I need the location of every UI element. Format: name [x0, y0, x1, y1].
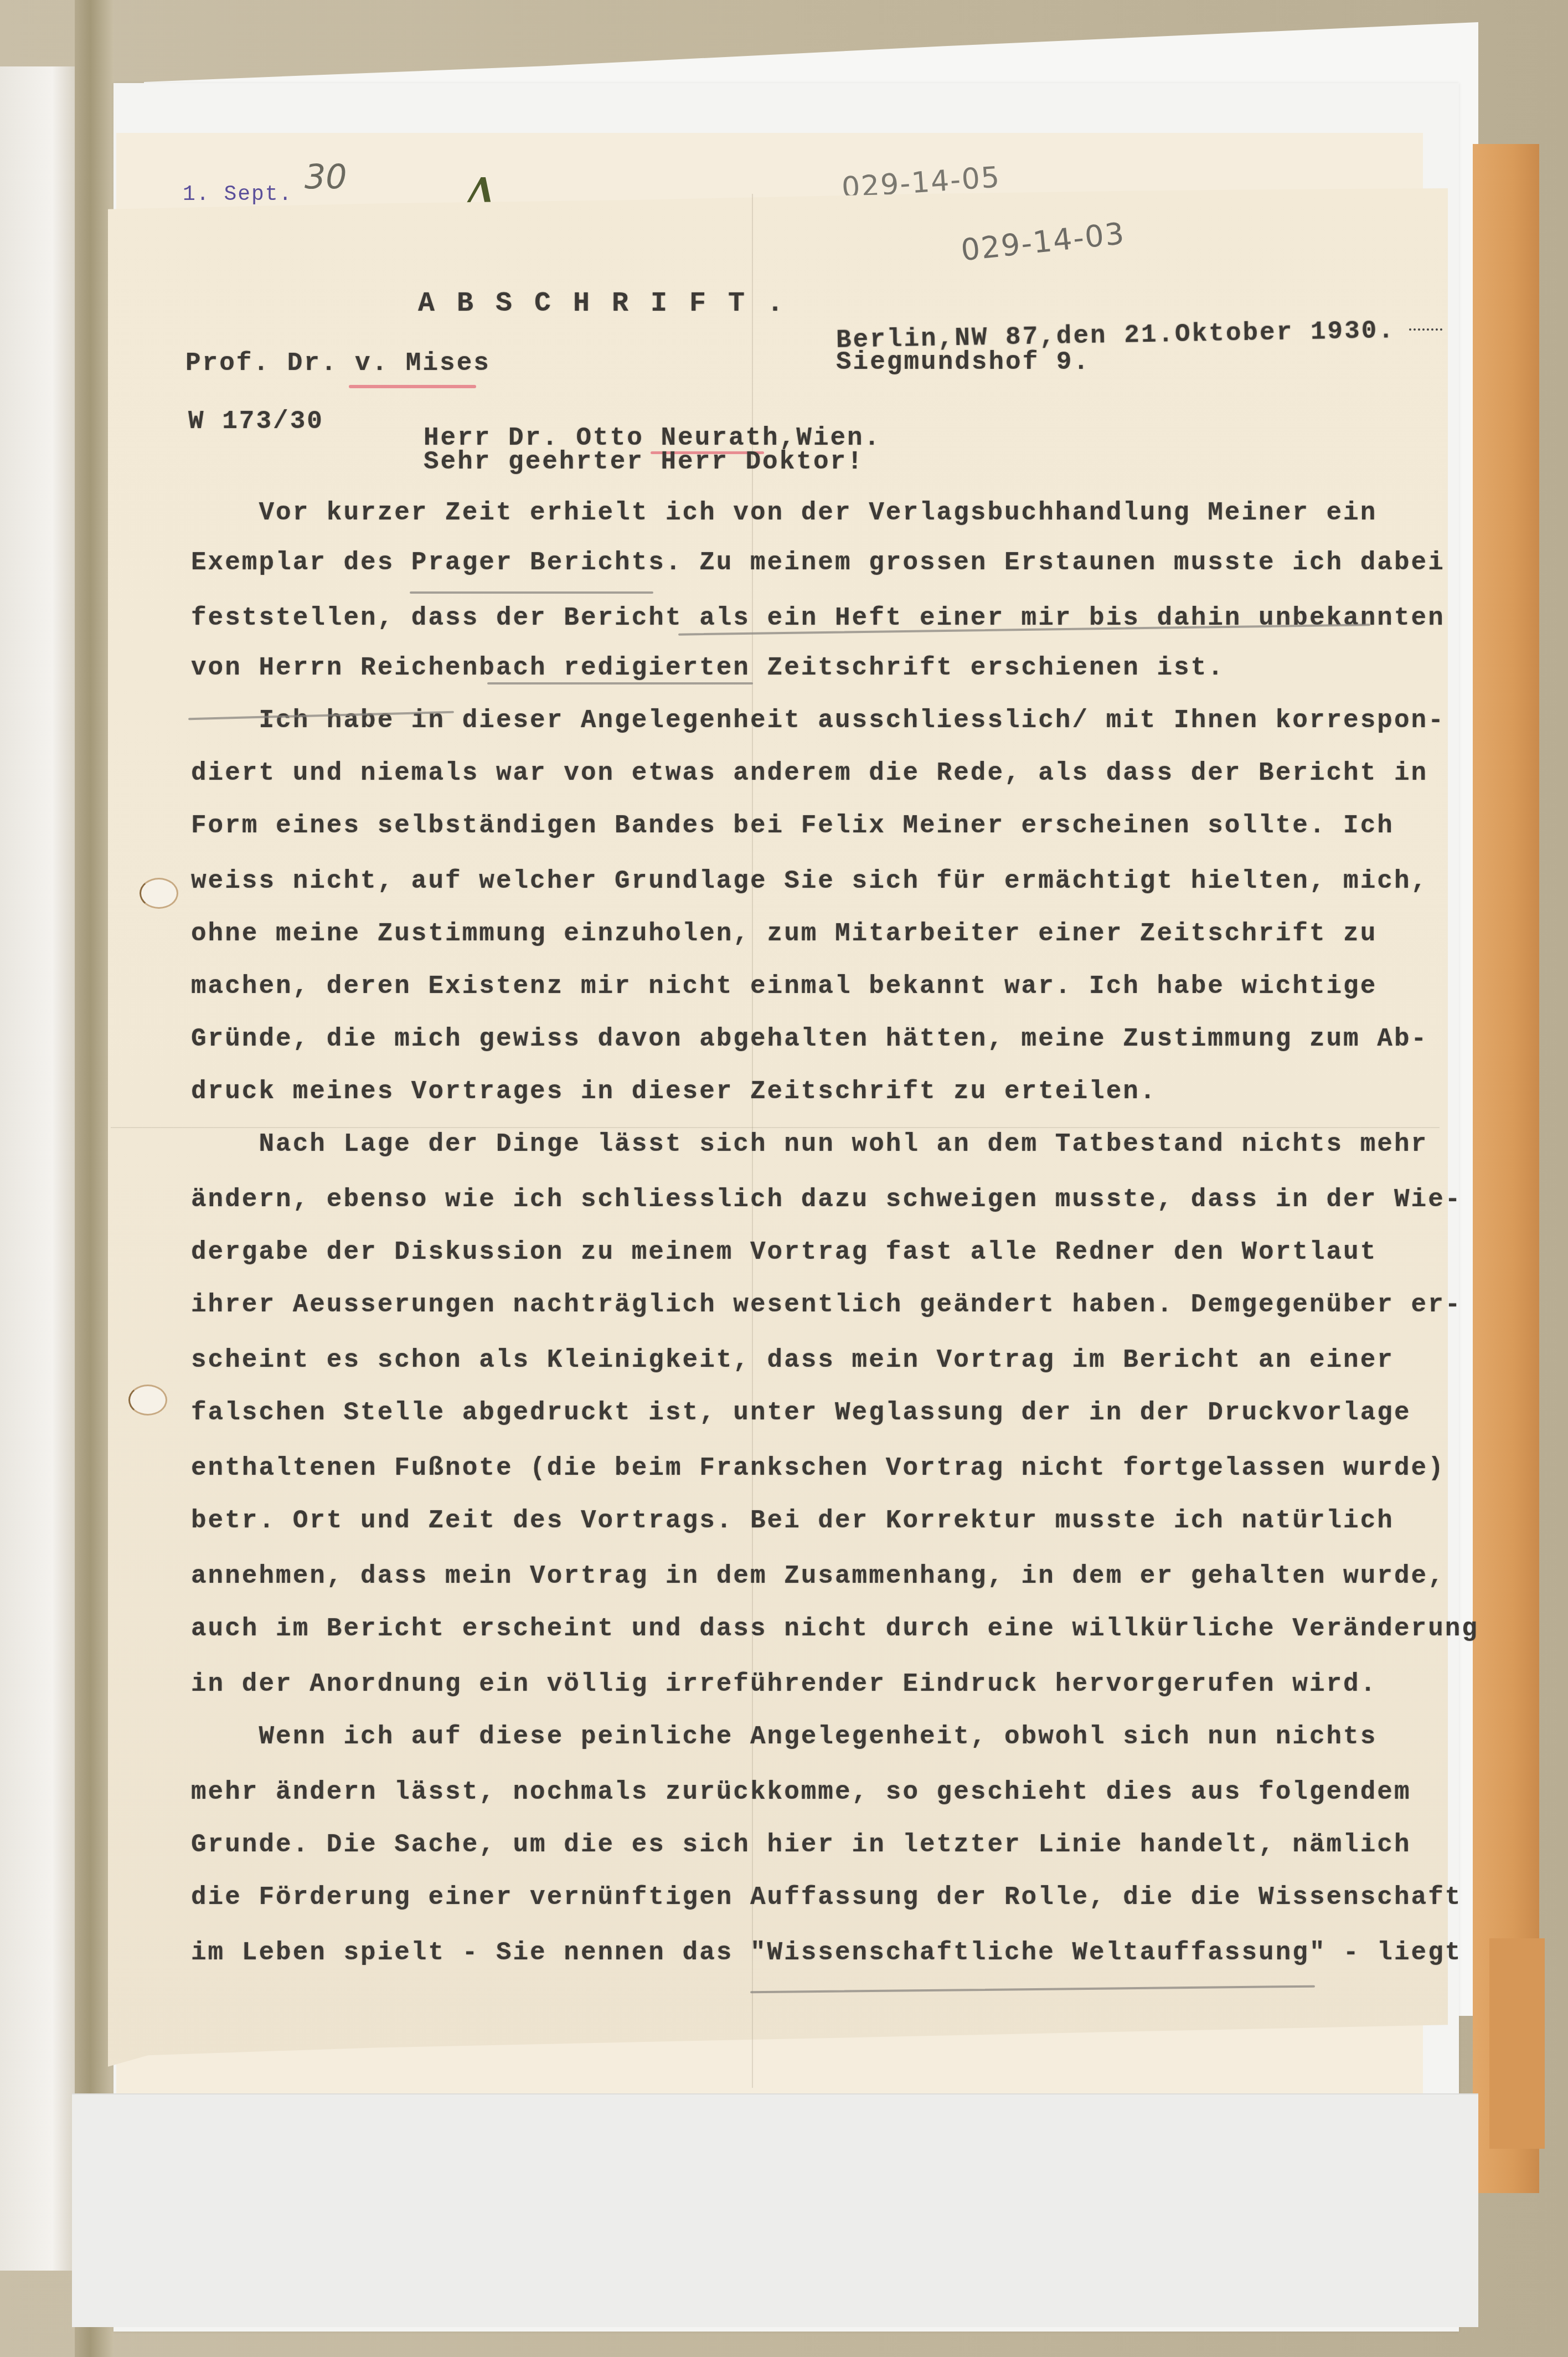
body-line: Grunde. Die Sache, um die es sich hier i…: [191, 1830, 1411, 1859]
body-line: ändern, ebenso wie ich schliesslich dazu…: [191, 1185, 1462, 1214]
body-line: Exemplar des Prager Berichts. Zu meinem …: [191, 548, 1445, 577]
white-sheet-bottom-edge: [72, 2093, 1478, 2327]
punch-hole-icon: [128, 1385, 167, 1416]
body-line: druck meines Vortrages in dieser Zeitsch…: [191, 1077, 1157, 1106]
body-line: die Förderung einer vernünftigen Auffass…: [191, 1883, 1462, 1912]
body-line: ihrer Aeusserungen nachträglich wesentli…: [191, 1290, 1462, 1319]
body-line: diert und niemals war von etwas anderem …: [191, 759, 1428, 788]
body-line: im Leben spielt - Sie nennen das "Wissen…: [191, 1938, 1462, 1967]
pencil-underline: [410, 591, 653, 594]
body-line: annehmen, dass mein Vortrag in dem Zusam…: [191, 1562, 1445, 1591]
body-line: in der Anordnung ein völlig irreführende…: [191, 1670, 1377, 1699]
body-line: ohne meine Zustimmung einzuholen, zum Mi…: [191, 919, 1377, 948]
body-line: feststellen, dass der Bericht als ein He…: [191, 604, 1445, 632]
body-line: enthaltenen Fußnote (die beim Frankschen…: [191, 1454, 1445, 1483]
body-line: auch im Bericht erscheint und dass nicht…: [191, 1614, 1479, 1643]
body-line: Nach Lage der Dinge lässt sich nun wohl …: [191, 1130, 1428, 1159]
body-line: dergabe der Diskussion zu meinem Vortrag…: [191, 1238, 1377, 1267]
horizontal-fold-crease: [111, 1127, 1440, 1128]
folder-spine: [75, 0, 114, 2357]
orange-folder-edge: [1473, 144, 1539, 2193]
reference-number: W 173/30: [188, 407, 324, 436]
document-title: ABSCHRIFT.: [418, 288, 806, 320]
red-underline: [349, 385, 476, 388]
adjacent-page-left: [0, 66, 75, 2271]
prior-letter-year-handwritten: 30: [305, 158, 347, 197]
sender-address: Siegmundshof 9.: [836, 348, 1090, 377]
salutation: Sehr geehrter Herr Doktor!: [424, 447, 864, 476]
body-line: machen, deren Existenz mir nicht einmal …: [191, 972, 1377, 1001]
body-line: Vor kurzer Zeit erhielt ich von der Verl…: [191, 498, 1377, 527]
body-line: weiss nicht, auf welcher Grundlage Sie s…: [191, 867, 1428, 896]
pencil-underline: [487, 682, 753, 685]
dotted-leader: [1409, 328, 1442, 331]
body-line: scheint es schon als Kleinigkeit, dass m…: [191, 1346, 1394, 1375]
punch-hole-icon: [140, 878, 178, 909]
body-line: Gründe, die mich gewiss davon abgehalten…: [191, 1025, 1428, 1053]
body-line: Form eines selbständigen Bandes bei Feli…: [191, 811, 1394, 840]
body-line: betr. Ort und Zeit des Vortrags. Bei der…: [191, 1506, 1394, 1535]
prior-letter-date: 1. Sept.: [183, 183, 292, 207]
body-line: von Herrn Reichenbach redigierten Zeitsc…: [191, 653, 1225, 682]
body-line: falschen Stelle abgedruckt ist, unter We…: [191, 1398, 1411, 1427]
body-line: Wenn ich auf diese peinliche Angelegenhe…: [191, 1722, 1377, 1751]
orange-folder-tab: [1489, 1938, 1545, 2149]
body-line: mehr ändern lässt, nochmals zurückkomme,…: [191, 1778, 1411, 1807]
body-line: Ich habe in dieser Angelegenheit ausschl…: [191, 706, 1445, 735]
sender-name: Prof. Dr. v. Mises: [185, 349, 491, 378]
